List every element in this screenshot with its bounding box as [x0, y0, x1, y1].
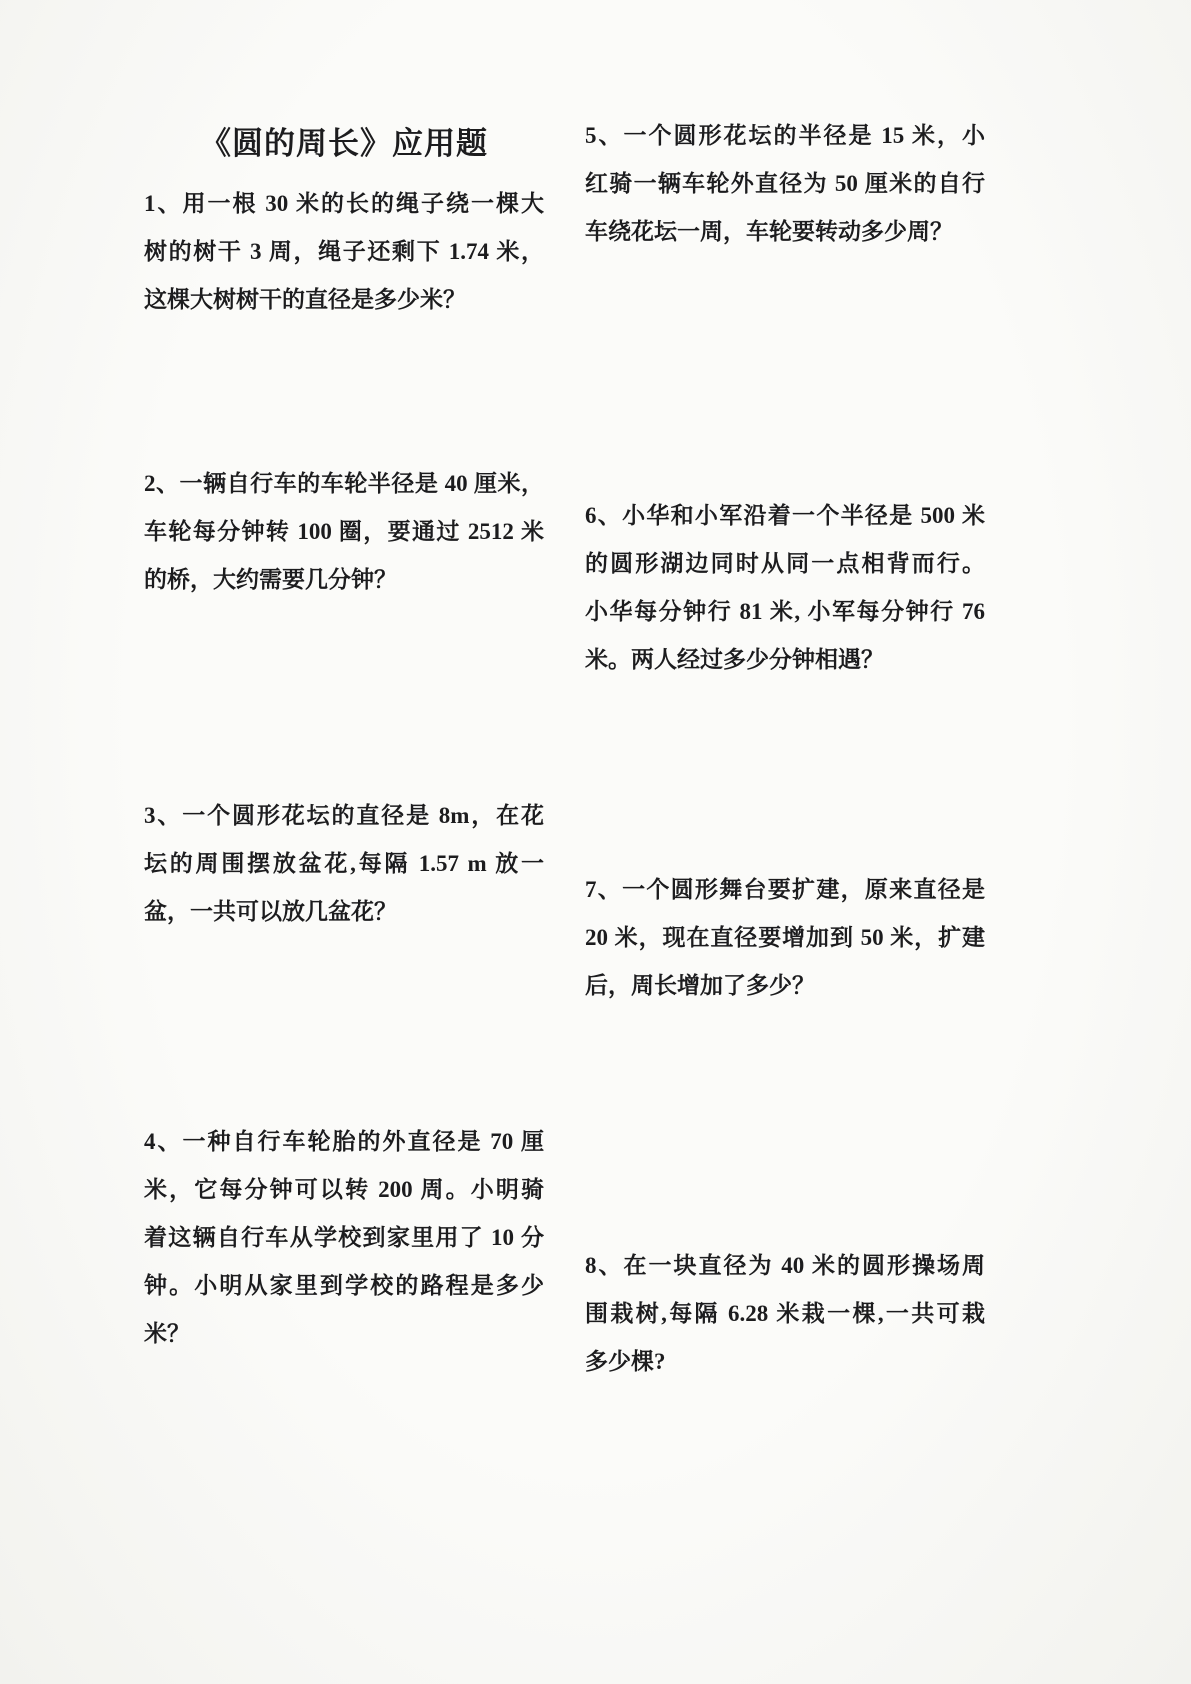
- problem-line: 后，周长增加了多少？: [585, 962, 985, 1010]
- problem-2: 2、一辆自行车的车轮半径是 40 厘米， 车轮每分钟转 100 圈，要通过 25…: [144, 460, 544, 604]
- page-title: 《圆的周长》应用题: [144, 122, 544, 166]
- problem-line: 米，它每分钟可以转 200 周。小明骑: [144, 1166, 544, 1214]
- worksheet-page: 《圆的周长》应用题 1、用一根 30 米的长的绳子绕一棵大 树的树干 3 周，绳…: [0, 0, 1191, 1684]
- problem-line: 多少棵?: [585, 1338, 985, 1386]
- problem-line: 坛的周围摆放盆花,每隔 1.57 m 放一: [144, 840, 544, 888]
- problem-line: 2、一辆自行车的车轮半径是 40 厘米，: [144, 460, 544, 508]
- problem-4: 4、一种自行车轮胎的外直径是 70 厘 米，它每分钟可以转 200 周。小明骑 …: [144, 1118, 544, 1358]
- problem-6: 6、小华和小军沿着一个半径是 500 米 的圆形湖边同时从同一点相背而行。 小华…: [585, 492, 985, 684]
- problem-line: 围栽树,每隔 6.28 米栽一棵,一共可栽: [585, 1290, 985, 1338]
- problem-line: 车轮每分钟转 100 圈，要通过 2512 米: [144, 508, 544, 556]
- problem-line: 7、一个圆形舞台要扩建，原来直径是: [585, 866, 985, 914]
- problem-line: 这棵大树树干的直径是多少米？: [144, 276, 544, 324]
- problem-line: 8、在一块直径为 40 米的圆形操场周: [585, 1242, 985, 1290]
- problem-line: 红骑一辆车轮外直径为 50 厘米的自行: [585, 160, 985, 208]
- problem-line: 米。两人经过多少分钟相遇？: [585, 636, 985, 684]
- problem-line: 车绕花坛一周，车轮要转动多少周？: [585, 208, 985, 256]
- problem-line: 着这辆自行车从学校到家里用了 10 分: [144, 1214, 544, 1262]
- problem-line: 米？: [144, 1310, 544, 1358]
- problem-line: 钟。小明从家里到学校的路程是多少: [144, 1262, 544, 1310]
- problem-line: 5、一个圆形花坛的半径是 15 米，小: [585, 112, 985, 160]
- problem-line: 20 米，现在直径要增加到 50 米，扩建: [585, 914, 985, 962]
- problem-5: 5、一个圆形花坛的半径是 15 米，小 红骑一辆车轮外直径为 50 厘米的自行 …: [585, 112, 985, 256]
- problem-line: 小华每分钟行 81 米, 小军每分钟行 76: [585, 588, 985, 636]
- problem-line: 的圆形湖边同时从同一点相背而行。: [585, 540, 985, 588]
- problem-8: 8、在一块直径为 40 米的圆形操场周 围栽树,每隔 6.28 米栽一棵,一共可…: [585, 1242, 985, 1386]
- problem-line: 盆，一共可以放几盆花？: [144, 888, 544, 936]
- problem-line: 的桥，大约需要几分钟？: [144, 556, 544, 604]
- problem-7: 7、一个圆形舞台要扩建，原来直径是 20 米，现在直径要增加到 50 米，扩建 …: [585, 866, 985, 1010]
- problem-line: 4、一种自行车轮胎的外直径是 70 厘: [144, 1118, 544, 1166]
- problem-line: 树的树干 3 周，绳子还剩下 1.74 米，: [144, 228, 544, 276]
- problem-3: 3、一个圆形花坛的直径是 8m，在花 坛的周围摆放盆花,每隔 1.57 m 放一…: [144, 792, 544, 936]
- problem-1: 1、用一根 30 米的长的绳子绕一棵大 树的树干 3 周，绳子还剩下 1.74 …: [144, 180, 544, 324]
- problem-line: 3、一个圆形花坛的直径是 8m，在花: [144, 792, 544, 840]
- problem-line: 1、用一根 30 米的长的绳子绕一棵大: [144, 180, 544, 228]
- problem-line: 6、小华和小军沿着一个半径是 500 米: [585, 492, 985, 540]
